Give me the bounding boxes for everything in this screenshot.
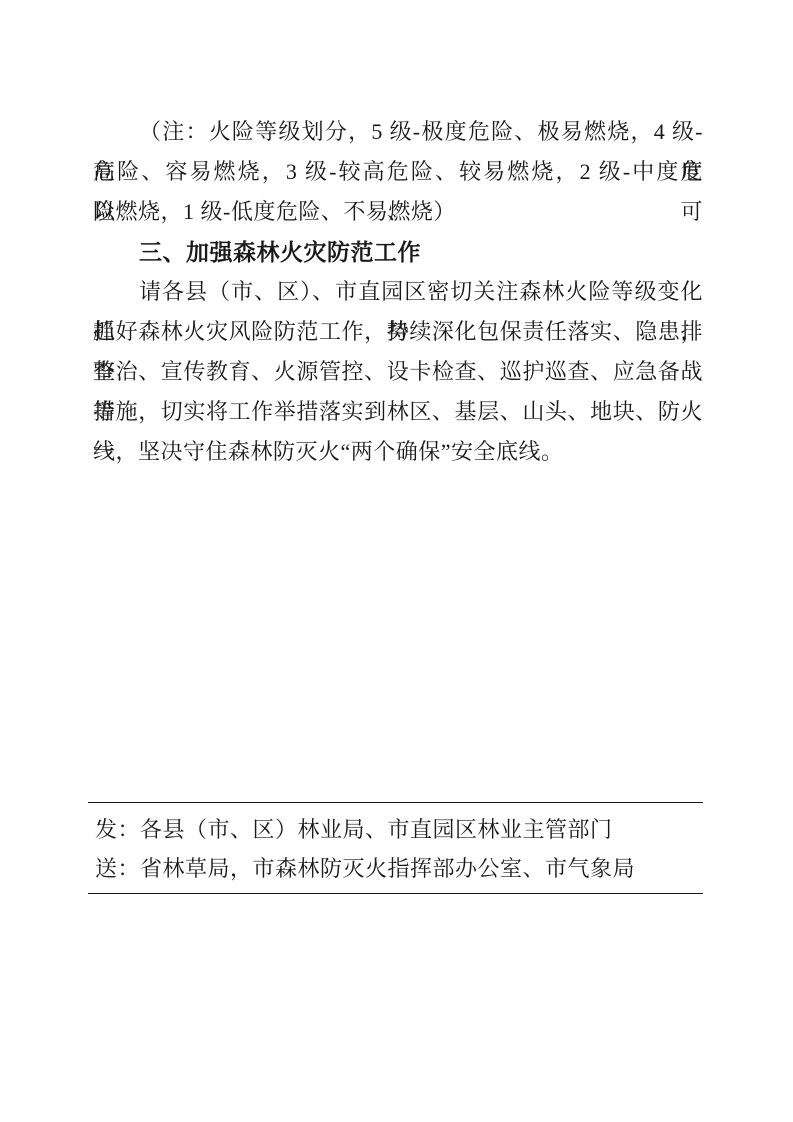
note-paragraph-line: 危险、容易燃烧，3 级-较高危险、较易燃烧，2 级-中度危险、可 bbox=[93, 152, 703, 192]
section-heading: 三、加强森林火灾防范工作 bbox=[93, 232, 703, 272]
main-paragraph-line: 请各县（市、区）、市直园区密切关注森林火险等级变化趋势， bbox=[93, 272, 703, 312]
main-paragraph: 请各县（市、区）、市直园区密切关注森林火险等级变化趋势， 抓好森林火灾风险防范工… bbox=[93, 272, 703, 472]
note-paragraph-line: （注：火险等级划分，5 级-极度危险、极易燃烧，4 级-高度 bbox=[93, 112, 703, 152]
document-body: （注：火险等级划分，5 级-极度危险、极易燃烧，4 级-高度 危险、容易燃烧，3… bbox=[93, 112, 703, 472]
main-paragraph-line: 措施，切实将工作举措落实到林区、基层、山头、地块、防火一 bbox=[93, 392, 703, 432]
note-paragraph: （注：火险等级划分，5 级-极度危险、极易燃烧，4 级-高度 危险、容易燃烧，3… bbox=[93, 112, 703, 232]
main-paragraph-line: 整治、宣传教育、火源管控、设卡检查、巡护巡查、应急备战等 bbox=[93, 352, 703, 392]
document-page: （注：火险等级划分，5 级-极度危险、极易燃烧，4 级-高度 危险、容易燃烧，3… bbox=[0, 0, 793, 1122]
main-paragraph-line: 抓好森林火灾风险防范工作，持续深化包保责任落实、隐患排查 bbox=[93, 312, 703, 352]
distribution-footer: 发：各县（市、区）林业局、市直园区林业主管部门 送：省林草局，市森林防灭火指挥部… bbox=[88, 802, 703, 894]
footer-issue-line: 发：各县（市、区）林业局、市直园区林业主管部门 bbox=[88, 810, 703, 849]
footer-copy-line: 送：省林草局，市森林防灭火指挥部办公室、市气象局 bbox=[88, 849, 703, 888]
main-paragraph-line: 线，坚决守住森林防灭火“两个确保”安全底线。 bbox=[93, 432, 703, 472]
